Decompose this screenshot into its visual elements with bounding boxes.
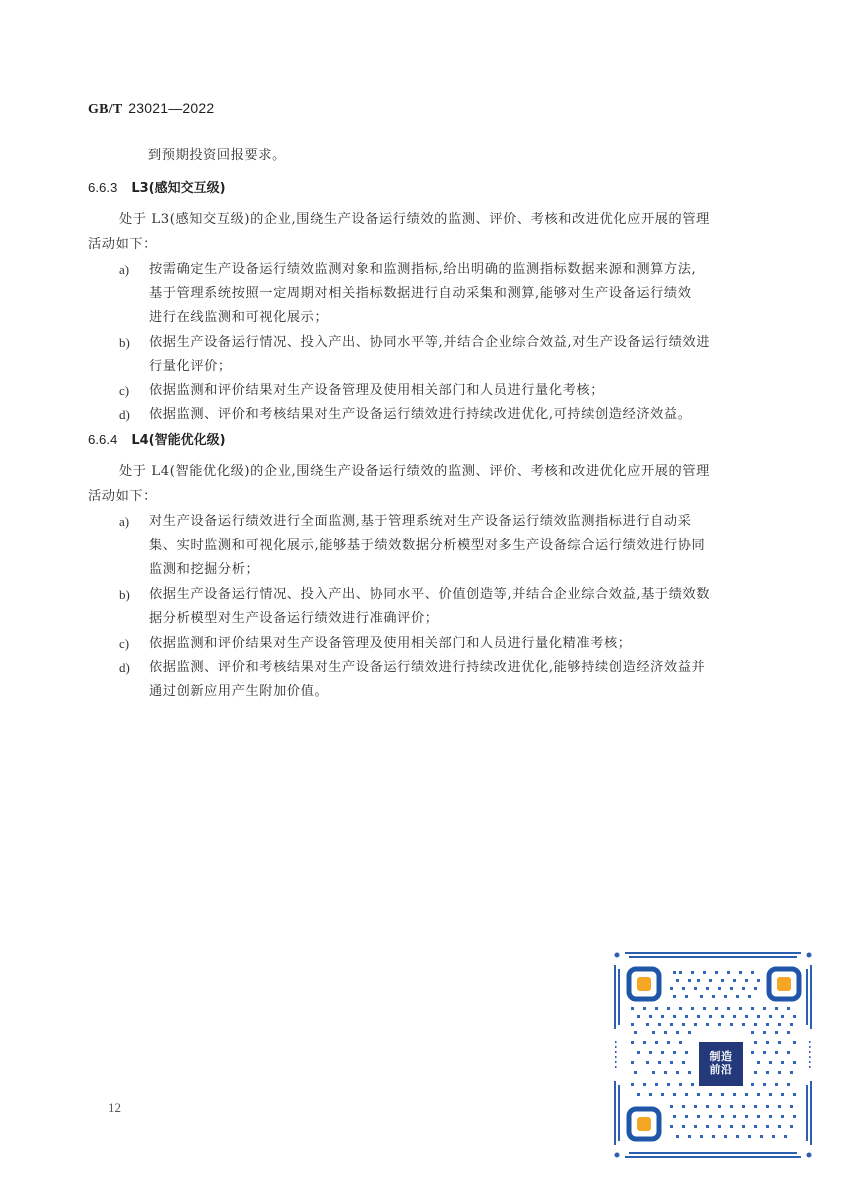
section-number: 6.6.3	[88, 180, 117, 195]
standard-number: 23021—2022	[128, 100, 214, 116]
list-item-line: 行量化评价；	[149, 357, 232, 377]
list-item-line: 基于管理系统按照一定周期对相关指标数据进行自动采集和测算,能够对生产设备运行绩效	[149, 284, 692, 304]
list-item-line: 依据监测、评价和考核结果对生产设备运行绩效进行持续改进优化,可持续创造经济效益。	[149, 405, 692, 425]
list-item-label: b)	[119, 585, 130, 605]
section-heading-6-6-4: 6.6.4L4(智能优化级)	[88, 430, 226, 451]
qr-code[interactable]: 制造 前沿	[611, 949, 815, 1161]
section-number: 6.6.4	[88, 432, 117, 447]
list-item-label: d)	[119, 658, 130, 678]
list-item-label: a)	[119, 260, 129, 280]
section-heading-6-6-3: 6.6.3L3(感知交互级)	[88, 178, 226, 199]
list-item-line: 监测和挖掘分析；	[149, 560, 259, 580]
section-intro-line: 处于 L3(感知交互级)的企业,围绕生产设备运行绩效的监测、评价、考核和改进优化…	[119, 210, 710, 230]
list-item-label: d)	[119, 405, 130, 425]
list-item-line: 依据生产设备运行情况、投入产出、协同水平、价值创造等,并结合企业综合效益,基于绩…	[149, 585, 710, 605]
list-item-line: 依据监测、评价和考核结果对生产设备运行绩效进行持续改进优化,能够持续创造经济效益…	[149, 658, 705, 678]
section-title: L4(智能优化级)	[131, 433, 225, 448]
list-item-line: 按需确定生产设备运行绩效监测对象和监测指标,给出明确的监测指标数据来源和测算方法…	[149, 260, 696, 280]
continuation-text: 到预期投资回报要求。	[148, 146, 286, 166]
section-title: L3(感知交互级)	[131, 181, 225, 196]
list-item-line: 依据监测和评价结果对生产设备管理及使用相关部门和人员进行量化精准考核；	[149, 634, 632, 654]
list-item-line: 依据生产设备运行情况、投入产出、协同水平等,并结合企业综合效益,对生产设备运行绩…	[149, 333, 710, 353]
qr-logo-line2: 前沿	[699, 1063, 743, 1076]
standard-prefix: GB/T	[88, 102, 122, 117]
list-item-label: a)	[119, 512, 129, 532]
list-item-line: 集、实时监测和可视化展示,能够基于绩效数据分析模型对多生产设备综合运行绩效进行协…	[149, 536, 705, 556]
document-page: GB/T23021—2022 到预期投资回报要求。 6.6.3L3(感知交互级)…	[0, 0, 849, 1200]
standard-header: GB/T23021—2022	[88, 100, 214, 118]
page-number: 12	[108, 1100, 121, 1116]
qr-center-logo: 制造 前沿	[699, 1042, 743, 1086]
qr-logo-line1: 制造	[699, 1050, 743, 1063]
list-item-line: 据分析模型对生产设备运行绩效进行准确评价；	[149, 609, 439, 629]
list-item-line: 对生产设备运行绩效进行全面监测,基于管理系统对生产设备运行绩效监测指标进行自动采	[149, 512, 692, 532]
list-item-line: 进行在线监测和可视化展示；	[149, 308, 328, 328]
list-item-line: 依据监测和评价结果对生产设备管理及使用相关部门和人员进行量化考核；	[149, 381, 604, 401]
list-item-label: b)	[119, 333, 130, 353]
section-intro-line: 活动如下：	[88, 487, 157, 507]
list-item-label: c)	[119, 381, 129, 401]
section-intro-line: 活动如下：	[88, 235, 157, 255]
section-intro-line: 处于 L4(智能优化级)的企业,围绕生产设备运行绩效的监测、评价、考核和改进优化…	[119, 462, 710, 482]
list-item-line: 通过创新应用产生附加价值。	[149, 682, 328, 702]
list-item-label: c)	[119, 634, 129, 654]
